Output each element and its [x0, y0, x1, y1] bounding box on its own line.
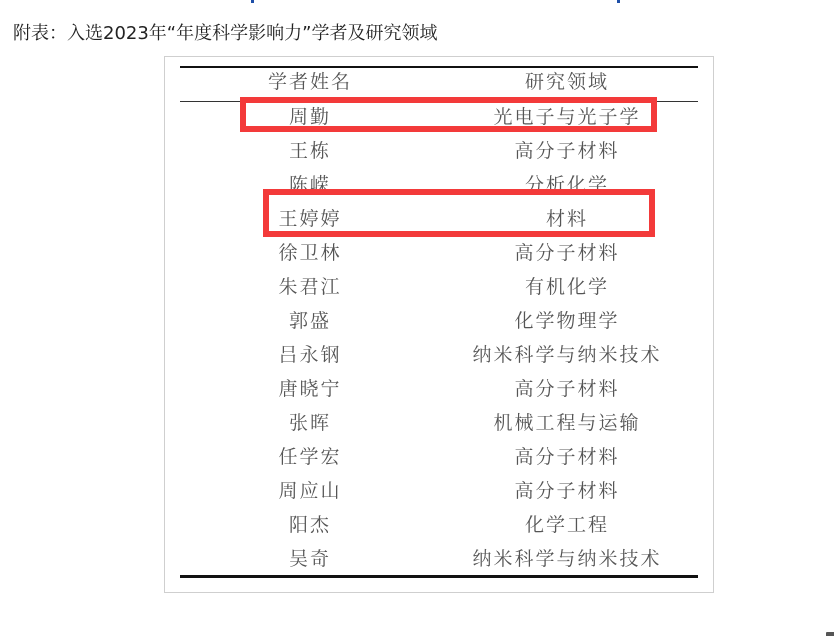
- cropped-corner-glyph: [826, 632, 834, 636]
- row-3-field: 分析化学: [525, 170, 609, 197]
- row-9-name: 唐晓宁: [278, 374, 341, 401]
- row-8-field: 纳米科学与纳米技术: [472, 340, 661, 367]
- row-7-field: 化学物理学: [514, 306, 619, 333]
- row-6-name: 朱君江: [278, 272, 341, 299]
- row-1-field: 光电子与光子学: [493, 102, 640, 129]
- row-13-field: 化学工程: [525, 510, 609, 537]
- table-image: 学者姓名 研究领域 周勤 光电子与光子学 王栋 高分子材料 陈嵘 分析化学 王婷…: [164, 56, 714, 593]
- row-7-name: 郭盛: [289, 306, 331, 333]
- row-9-field: 高分子材料: [514, 374, 619, 401]
- row-5-field: 高分子材料: [514, 238, 619, 265]
- row-8-name: 吕永钢: [278, 340, 341, 367]
- row-1-name: 周勤: [289, 102, 331, 129]
- row-2-field: 高分子材料: [514, 136, 619, 163]
- table-top-rule: [180, 66, 698, 68]
- row-12-name: 周应山: [278, 476, 341, 503]
- row-14-name: 吴奇: [289, 544, 331, 571]
- row-11-field: 高分子材料: [514, 442, 619, 469]
- row-3-name: 陈嵘: [289, 170, 331, 197]
- link-underline-fragment: [617, 0, 620, 3]
- table-caption: 附表：入选2023年“年度科学影响力”学者及研究领域: [13, 19, 437, 45]
- row-4-name: 王婷婷: [278, 204, 341, 231]
- row-10-field: 机械工程与运输: [493, 408, 640, 435]
- row-4-field: 材料: [546, 204, 588, 231]
- row-12-field: 高分子材料: [514, 476, 619, 503]
- header-scholar-name: 学者姓名: [268, 67, 352, 94]
- row-11-name: 任学宏: [278, 442, 341, 469]
- row-5-name: 徐卫林: [278, 238, 341, 265]
- table-bottom-rule: [180, 575, 698, 578]
- row-2-name: 王栋: [289, 136, 331, 163]
- row-13-name: 阳杰: [289, 510, 331, 537]
- row-10-name: 张晖: [289, 408, 331, 435]
- row-14-field: 纳米科学与纳米技术: [472, 544, 661, 571]
- link-underline-fragment: [251, 0, 254, 3]
- header-research-field: 研究领域: [525, 67, 609, 94]
- row-6-field: 有机化学: [525, 272, 609, 299]
